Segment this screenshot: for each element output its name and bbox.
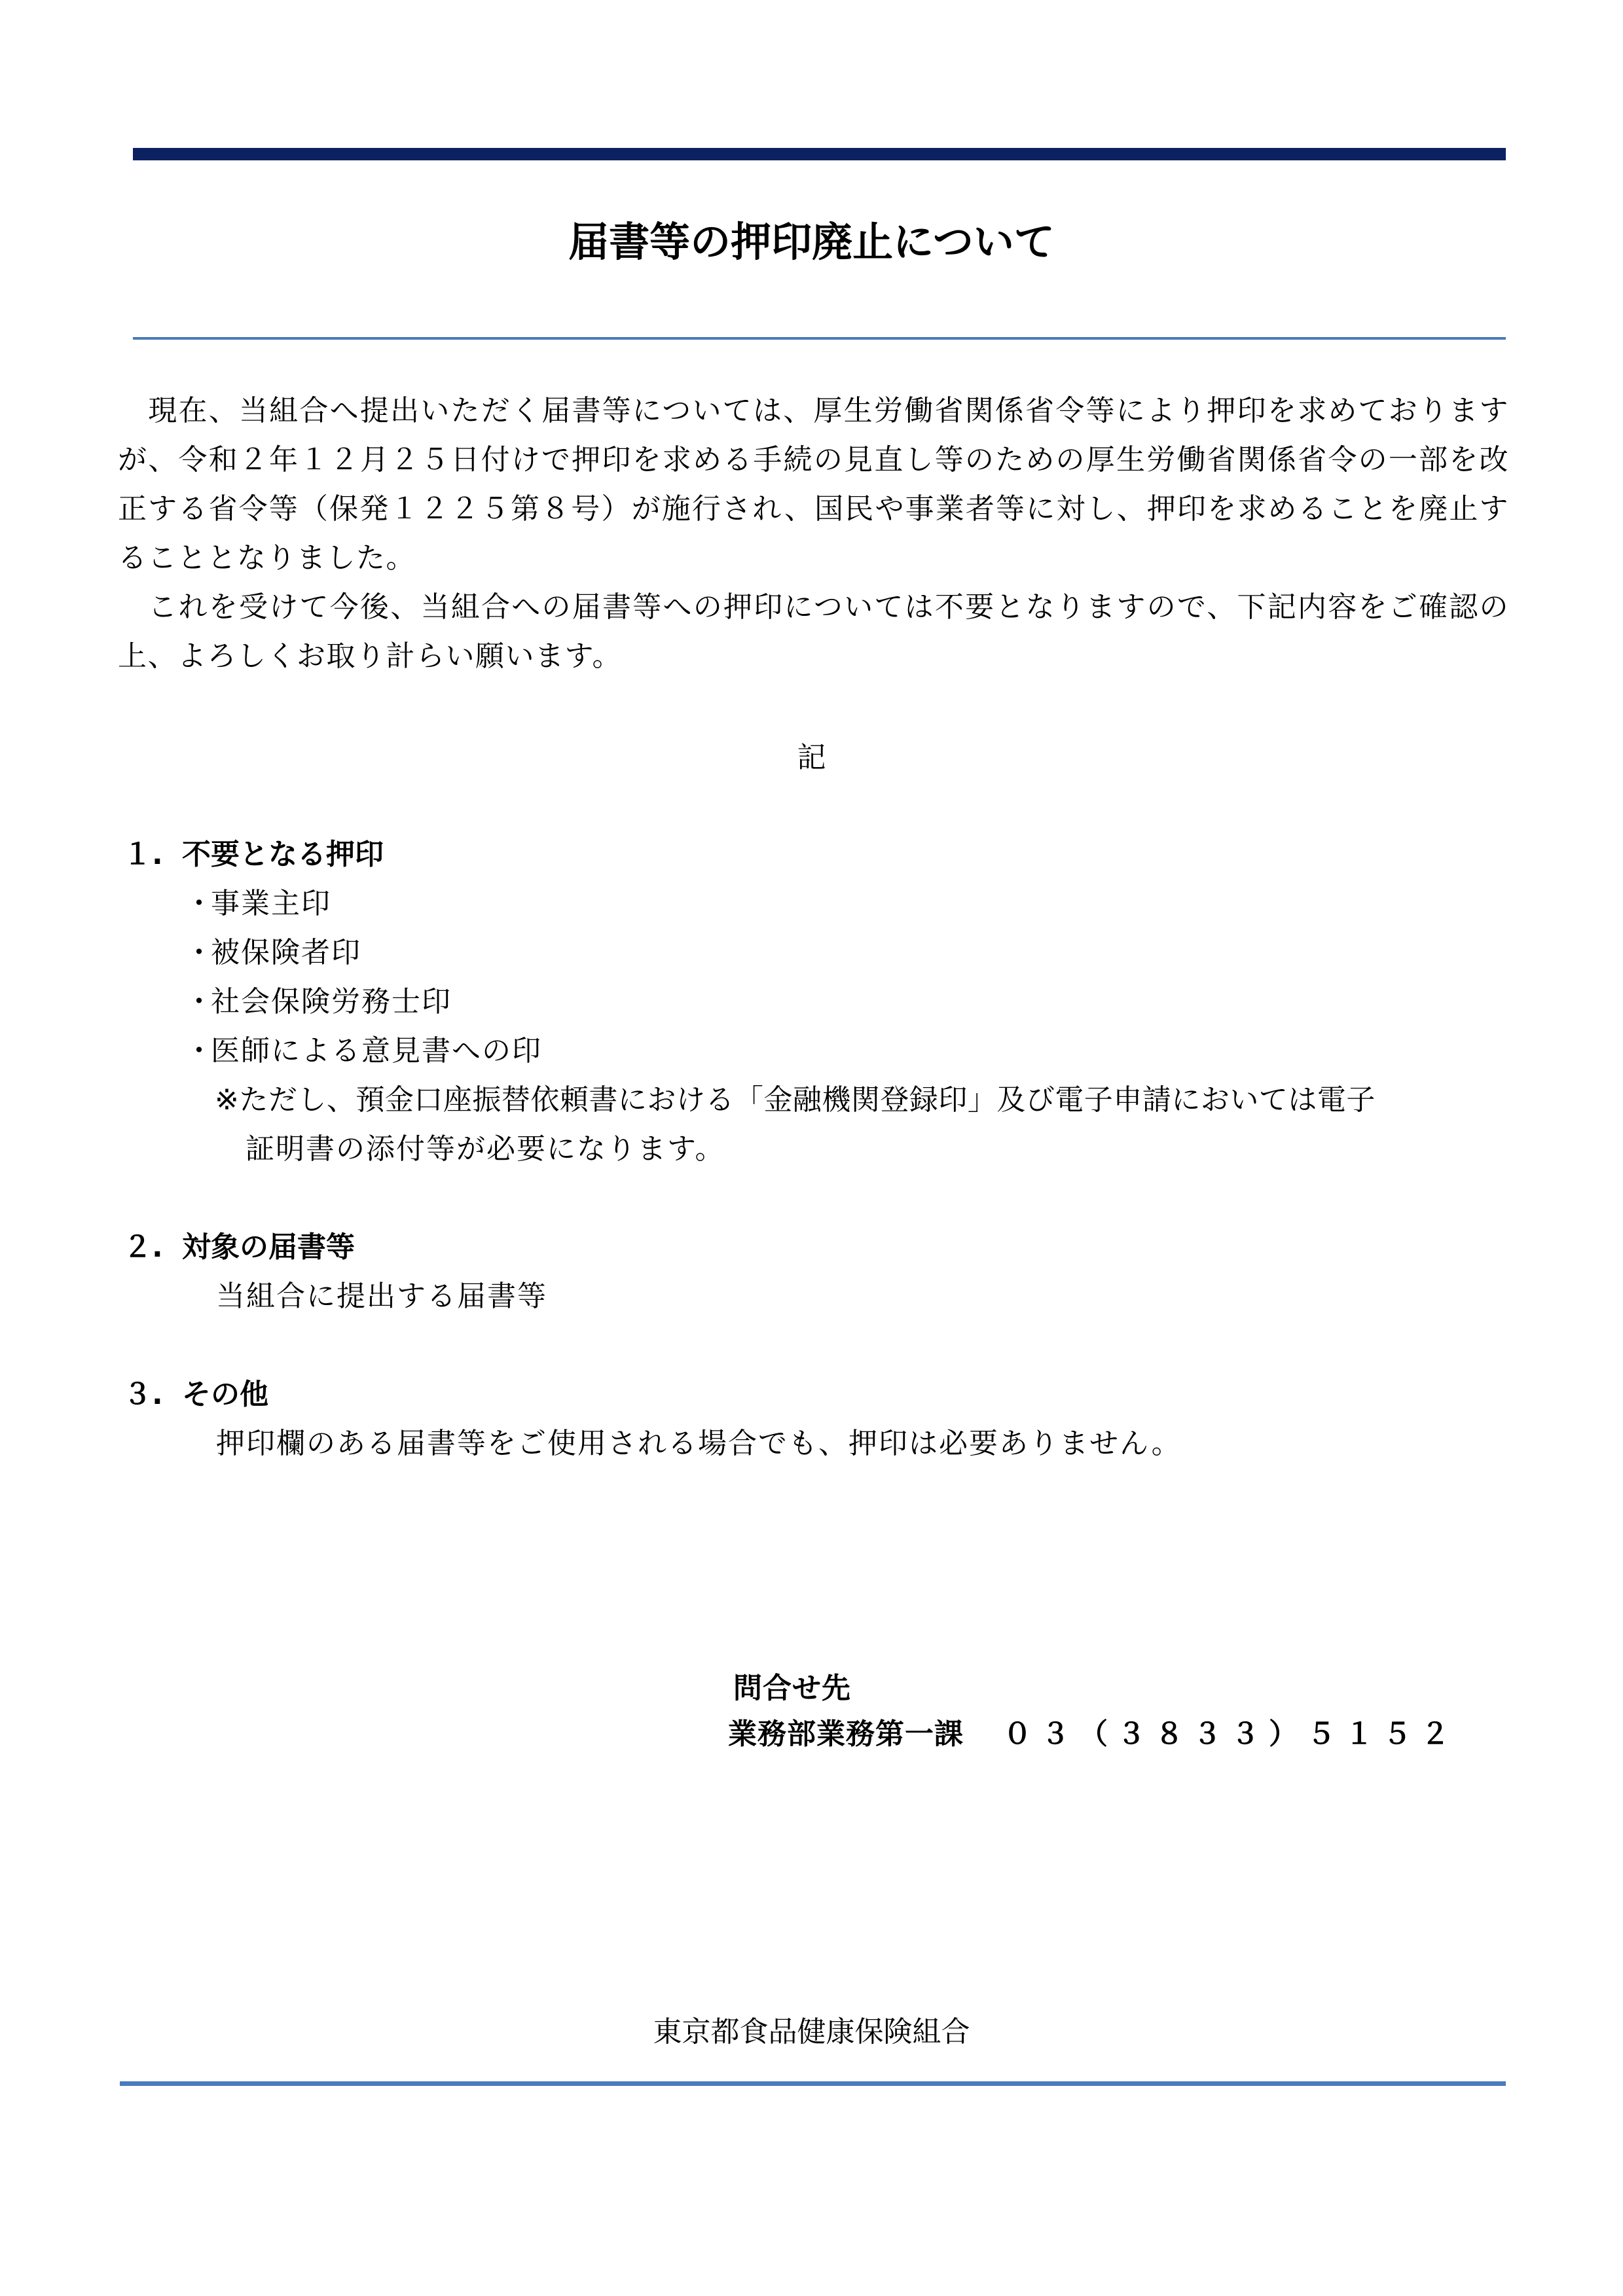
bottom-rule bbox=[120, 2081, 1506, 2086]
section-1-heading: １.不要となる押印 bbox=[123, 830, 384, 879]
bullet-icon: ・ bbox=[185, 928, 211, 977]
bullet-icon: ・ bbox=[185, 879, 211, 928]
section-3-body: 押印欄のある届書等をご使用される場合でも、押印は必要ありません。 bbox=[216, 1419, 1182, 1468]
intro-paragraph-1: 現在、当組合へ提出いただく届書等については、厚生労働省関係省令等により押印を求め… bbox=[118, 386, 1509, 583]
section-2-title: 対象の届書等 bbox=[182, 1230, 355, 1264]
contact-label: 問合せ先 bbox=[733, 1666, 851, 1712]
list-item-label: 社会保険労務士印 bbox=[211, 985, 452, 1018]
list-item: ・事業主印 bbox=[185, 879, 331, 928]
document-title: 届書等の押印廃止について bbox=[0, 213, 1623, 272]
section-1-title: 不要となる押印 bbox=[182, 838, 384, 871]
list-item: ・被保険者印 bbox=[185, 928, 361, 977]
contact-department: 業務部業務第一課 bbox=[728, 1717, 964, 1751]
section-1-note-line-1: ※ただし、預金口座振替依頼書における「金融機関登録印」及び電子申請においては電子 bbox=[215, 1075, 1376, 1124]
contact-line: 業務部業務第一課０３（３８３３）５１５２ bbox=[728, 1712, 1459, 1757]
list-item: ・医師による意見書への印 bbox=[185, 1026, 542, 1075]
bullet-icon: ・ bbox=[185, 977, 211, 1026]
list-item-label: 医師による意見書への印 bbox=[211, 1034, 542, 1067]
section-1-note-line-2: 証明書の添付等が必要になります。 bbox=[246, 1124, 725, 1174]
section-2-body: 当組合に提出する届書等 bbox=[216, 1272, 547, 1321]
list-item: ・社会保険労務士印 bbox=[185, 977, 452, 1026]
kigo-marker: 記 bbox=[0, 733, 1623, 782]
section-3-heading: ３.その他 bbox=[123, 1370, 268, 1419]
list-item-label: 被保険者印 bbox=[211, 936, 361, 969]
bullet-icon: ・ bbox=[185, 1026, 211, 1075]
list-item-label: 事業主印 bbox=[211, 887, 331, 920]
section-3-number: ３. bbox=[123, 1370, 182, 1419]
title-underline-rule bbox=[133, 337, 1506, 340]
footer-organization: 東京都食品健康保険組合 bbox=[0, 2009, 1623, 2055]
contact-phone: ０３（３８３３）５１５２ bbox=[1003, 1717, 1459, 1751]
intro-paragraph-2: これを受けて今後、当組合への届書等への押印については不要となりますので、下記内容… bbox=[118, 583, 1509, 681]
section-1-number: １. bbox=[123, 830, 182, 879]
section-3-title: その他 bbox=[182, 1378, 268, 1411]
section-2-number: ２. bbox=[123, 1223, 182, 1272]
top-rule bbox=[133, 148, 1506, 160]
section-2-heading: ２.対象の届書等 bbox=[123, 1223, 355, 1272]
